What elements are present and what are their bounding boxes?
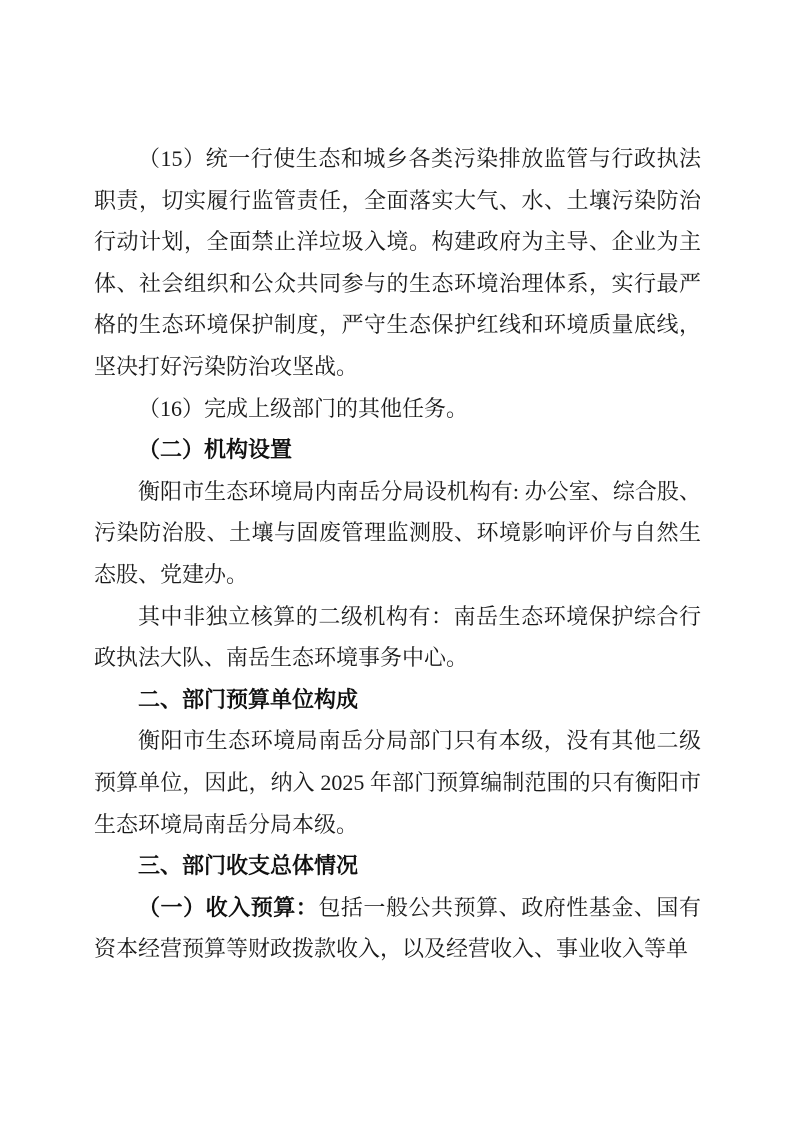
paragraph-secondary-organizations: 其中非独立核算的二级机构有：南岳生态环境保护综合行政执法大队、南岳生态环境事务中… <box>94 596 701 679</box>
paragraph-internal-organizations: 衡阳市生态环境局内南岳分局设机构有: 办公室、综合股、污染防治股、土壤与固废管理… <box>94 471 701 596</box>
document-page: （15）统一行使生态和城乡各类污染排放监管与行政执法职责，切实履行监管责任，全面… <box>0 0 793 1122</box>
paragraph-lead-revenue-budget: （一）收入预算： <box>138 895 318 920</box>
document-content: （15）统一行使生态和城乡各类污染排放监管与行政执法职责，切实履行监管责任，全面… <box>94 138 701 970</box>
paragraph-budget-scope: 衡阳市生态环境局南岳分局部门只有本级，没有其他二级预算单位，因此，纳入 2025… <box>94 720 701 845</box>
paragraph-item-16: （16）完成上级部门的其他任务。 <box>94 388 701 430</box>
section-heading-revenue-expenditure-overview: 三、部门收支总体情况 <box>94 845 701 887</box>
section-heading-budget-unit-composition: 二、部门预算单位构成 <box>94 679 701 721</box>
paragraph-revenue-budget: （一）收入预算：包括一般公共预算、政府性基金、国有资本经营预算等财政拨款收入，以… <box>94 887 701 970</box>
paragraph-item-15: （15）统一行使生态和城乡各类污染排放监管与行政执法职责，切实履行监管责任，全面… <box>94 138 701 388</box>
section-heading-organization-setup: （二）机构设置 <box>94 429 701 471</box>
